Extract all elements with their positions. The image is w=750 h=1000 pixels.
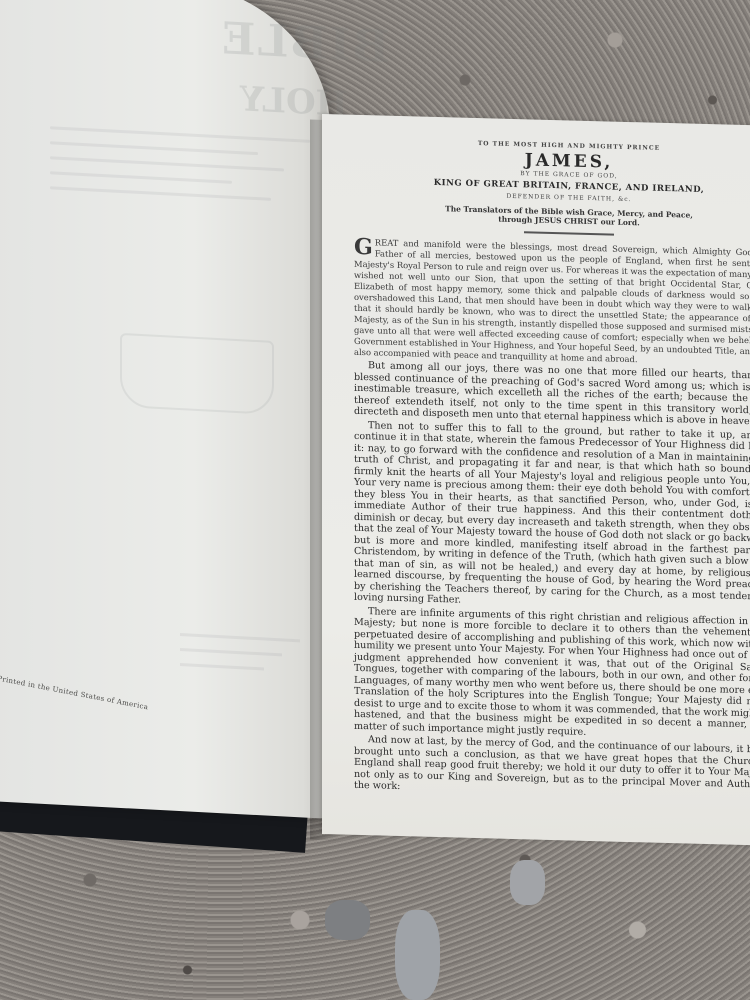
paragraph-4: There are infinite arguments of this rig… bbox=[354, 605, 750, 742]
pebble bbox=[395, 910, 440, 1000]
dedication-body: GREAT and manifold were the blessings, m… bbox=[354, 237, 750, 802]
paragraph-5: And now at last, by the mercy of God, an… bbox=[354, 734, 750, 802]
drop-cap: G bbox=[354, 237, 373, 257]
show-through-lines-lower bbox=[180, 621, 300, 684]
show-through-lines bbox=[50, 114, 310, 215]
paragraph-1-text: REAT and manifold were the blessings, mo… bbox=[354, 237, 750, 364]
dedication-header: TO THE MOST HIGH AND MIGHTY PRINCE JAMES… bbox=[354, 137, 750, 240]
show-through-title: BIBLE bbox=[220, 13, 389, 73]
paragraph-3: Then not to suffer this to fall to the g… bbox=[354, 419, 750, 614]
pebble bbox=[510, 860, 545, 905]
paragraph-2: But among all our joys, there was no one… bbox=[354, 360, 750, 428]
pebble bbox=[325, 900, 370, 940]
paragraph-1: GREAT and manifold were the blessings, m… bbox=[354, 237, 750, 369]
right-page: TO THE MOST HIGH AND MIGHTY PRINCE JAMES… bbox=[322, 114, 750, 846]
printed-in-imprint: Printed in the United States of America bbox=[0, 675, 149, 712]
header-rule bbox=[524, 231, 614, 235]
show-through-crest bbox=[120, 333, 274, 415]
left-page: BIBLE HOLY Printed in the United States … bbox=[0, 0, 330, 819]
